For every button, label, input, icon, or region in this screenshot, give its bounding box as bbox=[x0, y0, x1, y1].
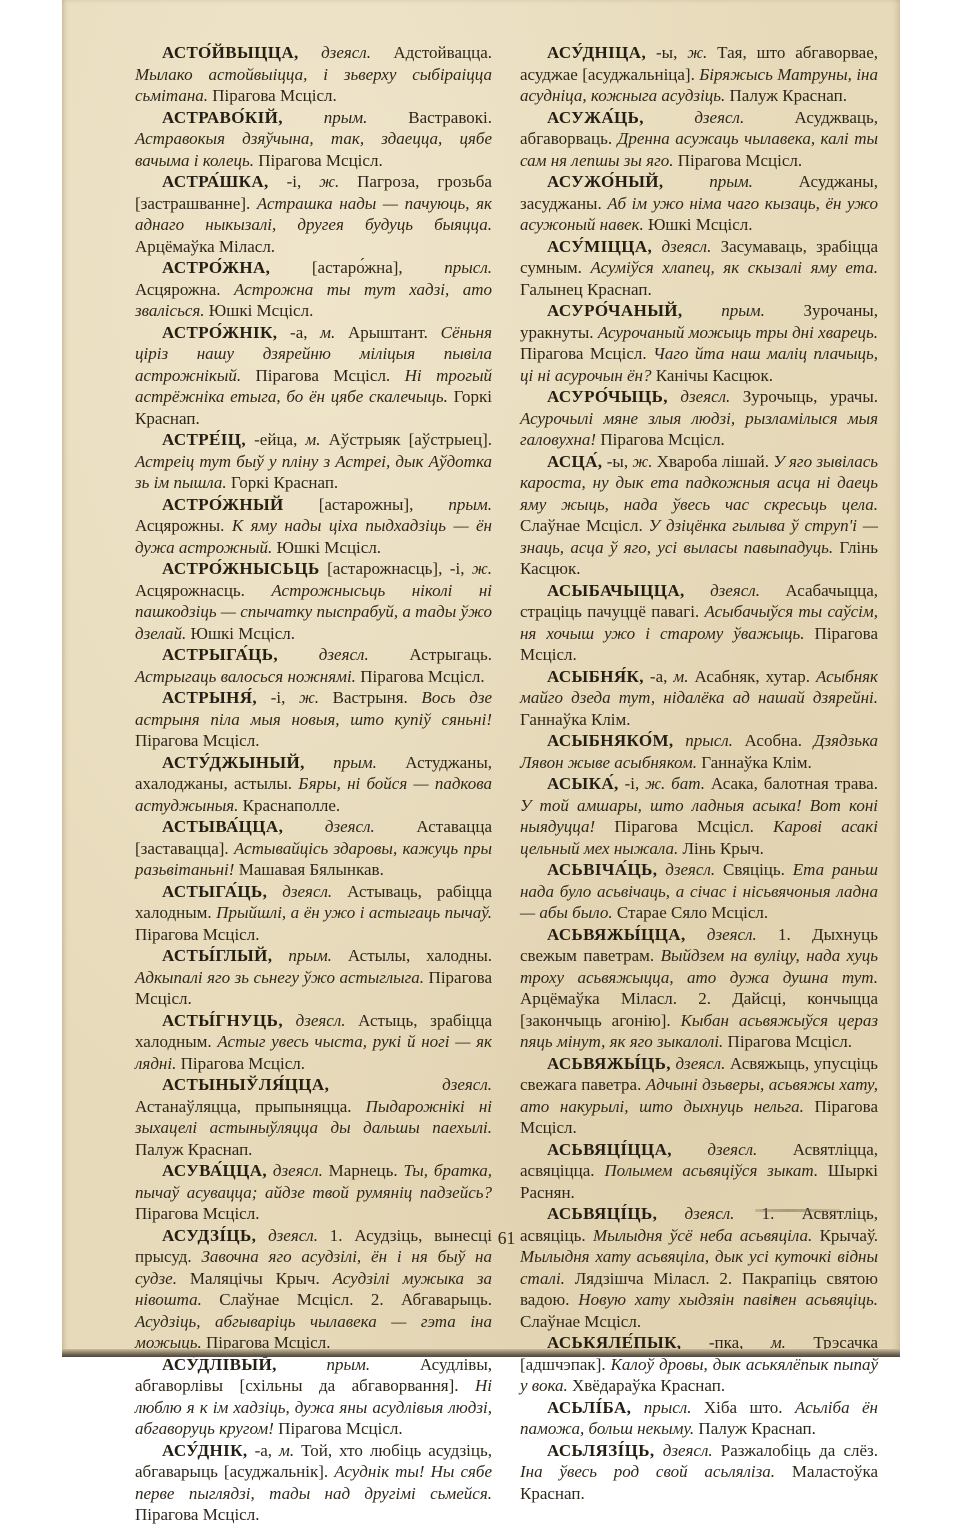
italic-text: дзеясл. bbox=[657, 1204, 734, 1223]
dictionary-entry: АСУ́МІЦЦА, дзеясл. Засумаваць, зрабіцца … bbox=[520, 236, 878, 301]
print-smudge-artifact bbox=[755, 1209, 840, 1212]
headword: АСУРО́ЧЫЦЬ, bbox=[547, 387, 668, 406]
plain-text: -а, bbox=[644, 667, 667, 686]
plain-text: Маляцічы Крыч. bbox=[177, 1269, 320, 1288]
italic-text: м. bbox=[743, 1333, 786, 1352]
plain-text: Юшкі Мсцісл. bbox=[205, 301, 314, 320]
italic-text: прым. bbox=[683, 301, 765, 320]
dictionary-entry: АСУРО́ЧАНЫЙ, прым. Зурочаны, уракнуты. А… bbox=[520, 300, 878, 386]
plain-text: Слаўнае Мсцісл. bbox=[520, 1312, 641, 1331]
italic-text: прым. bbox=[272, 946, 332, 965]
dictionary-entry: АСЫБНЯКО́М, прысл. Асобна. Дзядзька Ляво… bbox=[520, 730, 878, 773]
headword: АСУВА́ЦЦА, bbox=[162, 1161, 267, 1180]
plain-text: Хвароба лішай. bbox=[652, 452, 769, 471]
italic-text: ж. бат. bbox=[639, 774, 705, 793]
italic-text: прысл. bbox=[403, 258, 492, 277]
headword: АСТО́ЙВЫЦЦА, bbox=[162, 43, 299, 62]
dictionary-entry: АСЫКА́, -і, ж. бат. Асака, балотная трав… bbox=[520, 773, 878, 859]
italic-text: дзеясл. bbox=[668, 387, 730, 406]
plain-text: Пірагова Мсцісл. bbox=[202, 1333, 331, 1352]
dictionary-entry: АСТЫВА́ЦЦА, дзеясл. Аставацца [заставацц… bbox=[135, 816, 492, 881]
dictionary-entry: АСУРО́ЧЫЦЬ, дзеясл. Зурочыць, урачы. Асу… bbox=[520, 386, 878, 451]
italic-text: дзеясл. bbox=[652, 237, 711, 256]
plain-text: Пірагова Мсцісл. bbox=[596, 430, 725, 449]
dictionary-entry: АСЫБАЧЫЦЦА, дзеясл. Асабачыцца, страціць… bbox=[520, 580, 878, 666]
headword: АСЬВЯЦІ́ЦЦА, bbox=[547, 1140, 672, 1159]
dictionary-entry: АСУЖО́НЫЙ, прым. Асуджаны, засуджаны. Аб… bbox=[520, 171, 878, 236]
italic-text: дзеясл. bbox=[329, 1075, 492, 1094]
headword: АСТРАВО́КІЙ, bbox=[162, 108, 283, 127]
dictionary-entry: АСЬВЯЦІ́ЦЬ, дзеясл. 1. Асвятліць, асвяці… bbox=[520, 1203, 878, 1332]
italic-text: дзеясл. bbox=[671, 1054, 725, 1073]
headword: АСТРЫНЯ́, bbox=[162, 688, 257, 707]
dictionary-entry: АСТЫНЫЎЛЯ́ЦЦА, дзеясл. Астанаўляцца, пры… bbox=[135, 1074, 492, 1160]
italic-text: дзеясл. bbox=[283, 1011, 346, 1030]
dictionary-entry: АСУ́ДНІЦА, -ы, ж. Тая, што абгаворвае, а… bbox=[520, 42, 878, 107]
dictionary-entry: АСТРА́ШКА, -і, ж. Пагроза, грозьба [заст… bbox=[135, 171, 492, 257]
italic-text: дзеясл. bbox=[657, 860, 715, 879]
italic-text: дзеясл. bbox=[686, 925, 757, 944]
italic-text: дзеясл. bbox=[685, 581, 760, 600]
dictionary-entry: АСЬКЯЛЕ́ПЫК, -пка, м. Трэсачка [адшчэпак… bbox=[520, 1332, 878, 1357]
plain-text: Асабняк, хутар. bbox=[688, 667, 810, 686]
italic-text: ж. bbox=[677, 43, 707, 62]
plain-text: Горкі Краснап. bbox=[227, 473, 339, 492]
italic-text: ж. bbox=[628, 452, 652, 471]
italic-text: прысл. bbox=[674, 731, 733, 750]
dictionary-entry: АСТЫ́ГНУЦЬ, дзеясл. Астыць, зрабіцца хал… bbox=[135, 1010, 492, 1075]
plain-text: -пка, bbox=[681, 1333, 743, 1352]
headword: АСТУ́ДЖЫНЫЙ, bbox=[162, 753, 305, 772]
italic-text: дзеясл. bbox=[278, 645, 369, 664]
plain-text: [астаро́жна], bbox=[270, 258, 402, 277]
dictionary-entry: АСЦА́, -ы, ж. Хвароба лішай. У яго зывіл… bbox=[520, 451, 878, 580]
headword: АСТЫГА́ЦЬ, bbox=[162, 882, 267, 901]
italic-text: дзеясл. bbox=[299, 43, 371, 62]
plain-text: Пірагова Мсцісл. bbox=[595, 817, 754, 836]
plain-text: Пірагова Мсцісл. bbox=[135, 1204, 259, 1223]
headword: АСУЖА́ЦЬ, bbox=[547, 108, 644, 127]
headword: АСТРА́ШКА, bbox=[162, 172, 269, 191]
left-text-column: АСТО́ЙВЫЦЦА, дзеясл. Адстойвацца. Мылако… bbox=[135, 42, 492, 1357]
plain-text: Пірагова Мсцісл. bbox=[356, 667, 485, 686]
dictionary-entry: АСЬВЯЖЫ́ЦЬ, дзеясл. Асвяжыць, упусціць с… bbox=[520, 1053, 878, 1139]
plain-text: Адстойвацца. bbox=[371, 43, 492, 62]
italic-text: Астрыгаць валосься ножнямі. bbox=[135, 667, 356, 686]
plain-text: Пірагова Мсцісл. bbox=[241, 366, 390, 385]
italic-text: Асурочаный можыць тры дні хварець. bbox=[594, 323, 878, 342]
headword: АСТЫ́ГНУЦЬ, bbox=[162, 1011, 283, 1030]
headword: АСЬВЯЦІ́ЦЬ, bbox=[547, 1204, 657, 1223]
ink-speck-artifact bbox=[774, 1296, 778, 1301]
plain-text: [астарожны], bbox=[284, 495, 414, 514]
italic-text: дзеясл. bbox=[267, 882, 332, 901]
dictionary-entry: АСЫБНЯ́К, -а, м. Асабняк, хутар. Асыбняк… bbox=[520, 666, 878, 731]
page-number: 61 bbox=[135, 1228, 878, 1249]
plain-text: -і, bbox=[269, 172, 302, 191]
dictionary-text-area: АСТО́ЙВЫЦЦА, дзеясл. Адстойвацца. Мылако… bbox=[135, 42, 878, 1357]
headword: АСЬВІЧА́ЦЬ, bbox=[547, 860, 657, 879]
plain-text: Машавая Бялынкав. bbox=[234, 860, 383, 879]
plain-text: Пірагова Мсцісл. bbox=[135, 925, 259, 944]
italic-text: м. bbox=[308, 323, 336, 342]
plain-text: -ы, bbox=[646, 43, 677, 62]
italic-text: прым. bbox=[413, 495, 492, 514]
headword: АСЫБНЯКО́М, bbox=[547, 731, 674, 750]
dictionary-entry: АСЬВЯЦІ́ЦЦА, дзеясл. Асвятліцца, асвяціц… bbox=[520, 1139, 878, 1204]
dictionary-entry: АСТРО́ЖНА, [астаро́жна], прысл. Асцярожн… bbox=[135, 257, 492, 322]
dictionary-entry: АСЬВЯЖЫ́ЦЦА, дзеясл. 1. Дыхнуць свежым п… bbox=[520, 924, 878, 1053]
plain-text: Астрыгаць. bbox=[369, 645, 492, 664]
dictionary-entry: АСТЫГА́ЦЬ, дзеясл. Астываць, рабіцца хал… bbox=[135, 881, 492, 946]
headword: АСЫБАЧЫЦЦА, bbox=[547, 581, 685, 600]
headword: АСТРО́ЖНІК, bbox=[162, 323, 277, 342]
plain-text: Асцярожнасць. bbox=[135, 581, 245, 600]
dictionary-entry: АСЬВІЧА́ЦЬ, дзеясл. Свяціць. Ета раньш н… bbox=[520, 859, 878, 924]
plain-text: Асака, балотная трава. bbox=[705, 774, 878, 793]
plain-text: Старае Сяло Мсцісл. bbox=[613, 903, 769, 922]
headword: АСЫКА́, bbox=[547, 774, 619, 793]
italic-text: ж. bbox=[285, 688, 319, 707]
headword: АСЦА́, bbox=[547, 452, 602, 471]
plain-text: Астылы, халодны. bbox=[332, 946, 492, 965]
headword: АСТЫНЫЎЛЯ́ЦЦА, bbox=[162, 1075, 329, 1094]
plain-text: -і, bbox=[619, 774, 640, 793]
plain-text: Юшкі Мсцісл. bbox=[186, 624, 295, 643]
plain-text: -ейца, bbox=[246, 430, 297, 449]
plain-text: Юшкі Мсцісл. bbox=[272, 538, 381, 557]
plain-text: Краснаполле. bbox=[238, 796, 340, 815]
headword: АСУРО́ЧАНЫЙ, bbox=[547, 301, 683, 320]
plain-text: Аўстрыяк [аўстрыец]. bbox=[321, 430, 492, 449]
dictionary-entry: АСТРО́ЖНЫСЬЦЬ [астарожнасць], -і, ж. Асц… bbox=[135, 558, 492, 644]
italic-text: прым. bbox=[305, 753, 377, 772]
italic-text: Асуміўся хлапец, як скызалі яму ета. bbox=[582, 258, 878, 277]
headword: АСТЫВА́ЦЦА, bbox=[162, 817, 283, 836]
headword: АСЬВЯЖЫ́ЦЦА, bbox=[547, 925, 686, 944]
dictionary-entry: АСТУ́ДЖЫНЫЙ, прым. Астуджаны, ахалоджаны… bbox=[135, 752, 492, 817]
plain-text: Галынец Краснап. bbox=[520, 280, 652, 299]
dictionary-entry: АСТРО́ЖНІК, -а, м. Арыштант. Сёньня цірі… bbox=[135, 322, 492, 430]
italic-text: прым. bbox=[664, 172, 753, 191]
italic-text: Новую хату хыдзяін павінен асьвяціць. bbox=[569, 1290, 878, 1309]
dictionary-entry: АСТРЕ́ІЦ, -ейца, м. Аўстрыяк [аўстрыец].… bbox=[135, 429, 492, 494]
plain-text: Вастравокі. bbox=[367, 108, 492, 127]
headword: АСТРО́ЖНЫЙ bbox=[162, 495, 284, 514]
dictionary-entry: АСУЖА́ЦЬ, дзеясл. Асуджваць, абгаворваць… bbox=[520, 107, 878, 172]
headword: АСТРО́ЖНЫСЬЦЬ bbox=[162, 559, 320, 578]
plain-text: Палуж Краснап. bbox=[725, 86, 847, 105]
plain-text: Пірагова Мсцісл. bbox=[723, 1032, 852, 1051]
plain-text: Асобна. bbox=[733, 731, 802, 750]
plain-text: Ганнаўка Клім. bbox=[520, 710, 631, 729]
plain-text: Марнець. bbox=[323, 1161, 398, 1180]
italic-text: дзеясл. bbox=[672, 1140, 757, 1159]
plain-text: Юшкі Мсцісл. bbox=[644, 215, 753, 234]
italic-text: дзеясл. bbox=[644, 108, 744, 127]
plain-text: Пірагова Мсцісл. bbox=[176, 1054, 305, 1073]
dictionary-entry: АСУВА́ЦЦА, дзеясл. Марнець. Ты, братка, … bbox=[135, 1160, 492, 1225]
headword: АСТРЕ́ІЦ, bbox=[162, 430, 246, 449]
plain-text: -і, bbox=[257, 688, 285, 707]
plain-text: Зурочыць, урачы. bbox=[730, 387, 878, 406]
plain-text: Лінь Крыч. bbox=[678, 839, 764, 858]
headword: АСУ́МІЦЦА, bbox=[547, 237, 652, 256]
plain-text: [астарожнасць], -і, bbox=[320, 559, 465, 578]
headword: АСУ́ДНІЦА, bbox=[547, 43, 646, 62]
plain-text: Пірагова Мсцісл. bbox=[135, 731, 259, 750]
italic-text: ж. bbox=[301, 172, 339, 191]
plain-text: Палуж Краснап. bbox=[135, 1140, 252, 1159]
plain-text: Пірагова Мсцісл. bbox=[673, 151, 802, 170]
dictionary-entry: АСТО́ЙВЫЦЦА, дзеясл. Адстойвацца. Мылако… bbox=[135, 42, 492, 107]
italic-text: Полымем асьвяціўся зыкат. bbox=[595, 1161, 819, 1180]
plain-text: -а, bbox=[277, 323, 307, 342]
headword: АСТРЫГА́ЦЬ, bbox=[162, 645, 278, 664]
plain-text: Арыштант. bbox=[335, 323, 428, 342]
headword: АСЬВЯЖЫ́ЦЬ, bbox=[547, 1054, 671, 1073]
italic-text: ж. bbox=[464, 559, 492, 578]
plain-text: Асцярожны. bbox=[135, 516, 224, 535]
plain-text: Вастрыня. bbox=[319, 688, 408, 707]
plain-text: Слаўнае Мсцісл. bbox=[520, 516, 643, 535]
plain-text: Арцёмаўка Міласл. bbox=[135, 237, 275, 256]
plain-text: -ы, bbox=[602, 452, 628, 471]
headword: АСТЫ́ГЛЫЙ, bbox=[162, 946, 272, 965]
italic-text: дзеясл. bbox=[283, 817, 374, 836]
italic-text: Прыйшлі, а ён ужо і астыгаць пычаў. bbox=[212, 903, 492, 922]
dictionary-entry: АСТРЫНЯ́, -і, ж. Вастрыня. Вось дзе астр… bbox=[135, 687, 492, 752]
plain-text: Свяціць. bbox=[715, 860, 785, 879]
italic-text: м. bbox=[297, 430, 320, 449]
italic-text: прым. bbox=[283, 108, 367, 127]
right-text-column: АСУ́ДНІЦА, -ы, ж. Тая, што абгаворвае, а… bbox=[520, 42, 878, 1357]
scanned-dictionary-page: АСТО́ЙВЫЦЦА, дзеясл. Адстойвацца. Мылако… bbox=[62, 0, 900, 1357]
dictionary-entry: АСТРО́ЖНЫЙ [астарожны], прым. Асцярожны.… bbox=[135, 494, 492, 559]
dictionary-entry: АСУ́ДЛІВЫЙ, прым. Асудлівы, абгаворлівы … bbox=[135, 1354, 492, 1358]
plain-text: Пірагова Мсцісл. bbox=[520, 344, 647, 363]
headword: АСУЖО́НЫЙ, bbox=[547, 172, 664, 191]
plain-text: Пірагова Мсцісл. bbox=[254, 151, 383, 170]
plain-text: Астанаўляцца, прыпыняцца. bbox=[135, 1097, 352, 1116]
italic-text: Адкыпалі яго зь сьнегу ўжо астыглыга. bbox=[135, 968, 424, 987]
headword: АСЫБНЯ́К, bbox=[547, 667, 644, 686]
dictionary-entry: АСТРЫГА́ЦЬ, дзеясл. Астрыгаць. Астрыгаць… bbox=[135, 644, 492, 687]
italic-text: м. bbox=[667, 667, 688, 686]
plain-text: Асцярожна. bbox=[135, 280, 221, 299]
dictionary-entry: АСТЫ́ГЛЫЙ, прым. Астылы, халодны. Адкыпа… bbox=[135, 945, 492, 1010]
headword: АСЬКЯЛЕ́ПЫК, bbox=[547, 1333, 681, 1352]
dictionary-entry: АСТРАВО́КІЙ, прым. Вастравокі. Астравокы… bbox=[135, 107, 492, 172]
headword: АСТРО́ЖНА, bbox=[162, 258, 270, 277]
plain-text: Слаўнае Мсцісл. 2. Абгаварыць. bbox=[202, 1290, 492, 1309]
plain-text: Пірагова Мсцісл. bbox=[208, 86, 337, 105]
plain-text: Ганнаўка Клім. bbox=[697, 753, 812, 772]
italic-text: дзеясл. bbox=[267, 1161, 323, 1180]
plain-text: Канічы Касцюк. bbox=[651, 366, 772, 385]
